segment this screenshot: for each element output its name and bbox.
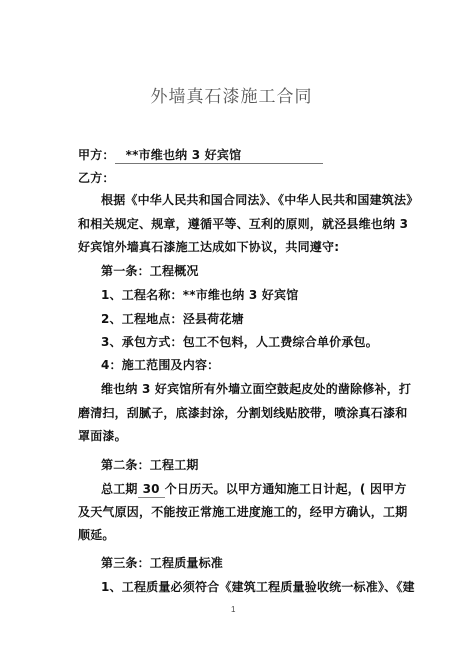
article3-item-1: 1、工程质量必须符合《建筑工程质量验收统一标准》、《建 xyxy=(101,579,421,595)
scope-line-1: 维也纳 3 好宾馆所有外墙立面空鼓起皮处的凿除修补，打 xyxy=(101,381,421,397)
article1-item-2: 2、工程地点：泾县荷花塘 xyxy=(101,311,421,327)
preamble-line-1: 根据《中华人民共和国合同法》、《中华人民共和国建筑法》 xyxy=(101,192,421,208)
article1-item-1: 1、工程名称：**市维也纳 3 好宾馆 xyxy=(101,287,421,303)
duration-line: 总工期30个日历天。以甲方通知施工日计起，( 因甲方 xyxy=(101,481,421,498)
duration-prefix: 总工期 xyxy=(101,482,138,496)
scope-line-3: 罩面漆。 xyxy=(78,428,398,444)
article3-heading: 第三条：工程质量标准 xyxy=(101,555,421,571)
duration-days: 30 xyxy=(138,481,165,498)
preamble-line-2: 和相关规定、规章，遵循平等、互利的原则，就泾县维也纳 3 xyxy=(78,216,398,232)
page-number: 1 xyxy=(231,605,235,614)
party-a-value: **市维也纳 3 好宾馆 xyxy=(115,147,323,164)
party-a-line: 甲方：**市维也纳 3 好宾馆 xyxy=(78,147,398,164)
article2-heading: 第二条：工程工期 xyxy=(101,457,421,473)
party-b-line: 乙方： xyxy=(78,170,398,186)
preamble-line-3: 好宾馆外墙真石漆施工达成如下协议，共同遵守: xyxy=(78,239,398,255)
party-a-label: 甲方： xyxy=(78,148,115,162)
document-title: 外墙真石漆施工合同 xyxy=(0,86,463,108)
scope-line-2: 磨清扫，刮腻子，底漆封涂，分割划线贴胶带，喷涂真石漆和 xyxy=(78,405,398,421)
document-page: 外墙真石漆施工合同 甲方：**市维也纳 3 好宾馆 乙方： 根据《中华人民共和国… xyxy=(0,0,463,655)
article1-item-3: 3、承包方式：包工不包料，人工费综合单价承包。 xyxy=(101,334,421,350)
party-b-label: 乙方： xyxy=(78,171,115,185)
article2-line-3: 顺延。 xyxy=(78,527,398,543)
duration-suffix: 个日历天。以甲方通知施工日计起，( 因甲方 xyxy=(165,482,407,496)
article1-heading: 第一条：工程概况 xyxy=(101,263,421,279)
article1-item-4: 4：施工范围及内容： xyxy=(101,357,421,373)
article2-line-2: 及天气原因，不能按正常施工进度施工的，经甲方确认，工期 xyxy=(78,504,398,520)
